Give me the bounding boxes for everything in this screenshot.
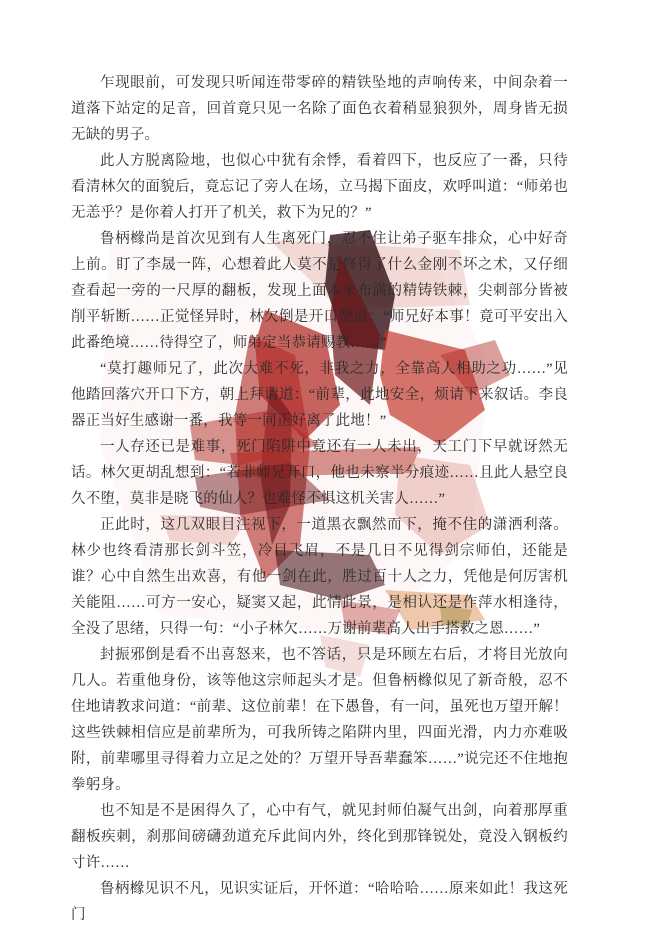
paragraph: 封振邪倒是看不出喜怒来，也不答话，只是环顾左右后，才将目光放向几人。若重他身份，… [71,642,568,798]
paragraph: 此人方脱离险地，也似心中犹有余悸，看着四下，也反应了一番，只待看清林欠的面貌后，… [71,148,568,226]
paragraph: 乍现眼前，可发现只听闻连带零碎的精铁坠地的声响传来，中间杂着一道落下站定的足音，… [71,70,568,148]
novel-page: 乍现眼前，可发现只听闻连带零碎的精铁坠地的声响传来，中间杂着一道落下站定的足音，… [0,0,660,934]
paragraph: 一人存还已是难事，死门陷阱中竟还有一人未出，天工门下早就讶然无话。林欠更胡乱想到… [71,434,568,512]
paragraph: 也不知是不是困得久了，心中有气，就见封师伯凝气出剑，向着那厚重翻板疾刺，刹那间磅… [71,798,568,876]
paragraph: “莫打趣师兄了，此次大难不死，非我之力，全靠高人相助之功……”见他踏回落穴开口下… [71,356,568,434]
paragraph: 正此时，这几双眼目注视下，一道黑衣飘然而下，掩不住的潇洒利落。林少也终看清那长剑… [71,512,568,642]
paragraph: 鲁柄橼尚是首次见到有人生离死门，忍不住让弟子驱车排众，心中好奇上前。盯了李晟一阵… [71,226,568,356]
novel-text-block: 乍现眼前，可发现只听闻连带零碎的精铁坠地的声响传来，中间杂着一道落下站定的足音，… [71,70,568,928]
paragraph: 鲁柄橼见识不凡，见识实证后，开怀道：“哈哈哈……原来如此！我这死门 [71,876,568,928]
